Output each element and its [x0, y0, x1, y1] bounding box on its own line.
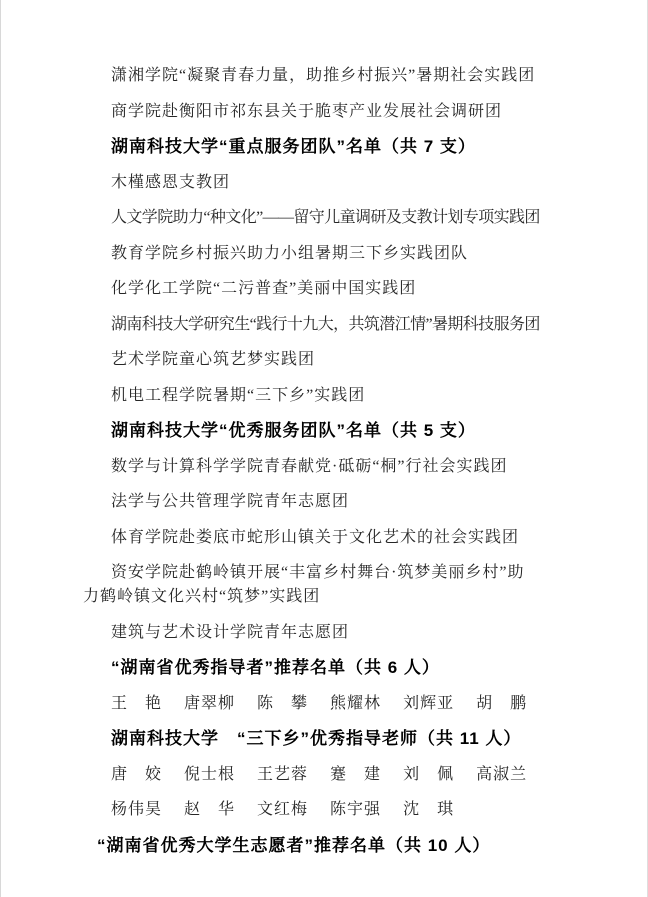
list-item: 资安学院赴鹤岭镇开展“丰富乡村舞台·筑梦美丽乡村”助 — [83, 561, 647, 585]
list-item: 建筑与艺术设计学院青年志愿团 — [83, 621, 647, 645]
section-heading-outstanding-advisors: “湖南省优秀指导者”推荐名单（共 6 人） — [83, 656, 647, 680]
person-name: 高淑兰 — [476, 763, 527, 787]
section-heading-excellent-service-teams: 湖南科技大学“优秀服务团队”名单（共 5 支） — [83, 419, 647, 443]
person-name: 杨伟昊 — [111, 798, 162, 822]
list-item: 数学与计算科学学院青春献党·砥砺“桐”行社会实践团 — [83, 455, 647, 479]
person-name: 沈 琪 — [403, 798, 454, 822]
person-name: 唐 姣 — [111, 763, 162, 787]
person-name: 王 艳 — [111, 692, 162, 716]
person-name: 陈宇强 — [330, 798, 381, 822]
section-heading-key-service-teams: 湖南科技大学“重点服务团队”名单（共 7 支） — [83, 135, 647, 159]
list-item: 人文学院助力“种文化”——留守儿童调研及支教计划专项实践团 — [83, 206, 647, 230]
list-item: 艺术学院童心筑艺梦实践团 — [83, 348, 647, 372]
list-item: 潇湘学院“凝聚青春力量，助推乡村振兴”暑期社会实践团 — [83, 64, 647, 88]
section-heading-outstanding-volunteers: “湖南省优秀大学生志愿者”推荐名单（共 10 人） — [83, 834, 647, 858]
person-name: 蹇 建 — [330, 763, 381, 787]
person-name: 赵 华 — [184, 798, 235, 822]
person-name: 唐翠柳 — [184, 692, 235, 716]
list-item: 机电工程学院暑期“三下乡”实践团 — [83, 384, 647, 408]
list-item: 湖南科技大学研究生“践行十九大，共筑潜江情”暑期科技服务团 — [83, 313, 647, 337]
list-item: 商学院赴衡阳市祁东县关于脆枣产业发展社会调研团 — [83, 100, 647, 124]
person-name: 刘辉亚 — [403, 692, 454, 716]
list-item: 法学与公共管理学院青年志愿团 — [83, 490, 647, 514]
list-item: 教育学院乡村振兴助力小组暑期三下乡实践团队 — [83, 242, 647, 266]
person-name: 倪士根 — [184, 763, 235, 787]
list-item: 体育学院赴娄底市蛇形山镇关于文化艺术的社会实践团 — [83, 526, 647, 550]
list-item-continuation: 力鹤岭镇文化兴村“筑梦”实践团 — [83, 585, 647, 609]
list-item: 木槿感恩支教团 — [83, 171, 647, 195]
name-row: 杨伟昊 赵 华 文红梅 陈宇强 沈 琪 — [83, 798, 647, 822]
person-name: 刘 佩 — [403, 763, 454, 787]
name-row: 王 艳 唐翠柳 陈 攀 熊耀林 刘辉亚 胡 鹏 — [83, 692, 647, 716]
section-heading-sanxiaxiang-advisors: 湖南科技大学 “三下乡”优秀指导老师（共 11 人） — [83, 727, 647, 751]
person-name: 王艺蓉 — [257, 763, 308, 787]
person-name: 陈 攀 — [257, 692, 308, 716]
list-item: 化学化工学院“二污普查”美丽中国实践团 — [83, 277, 647, 301]
person-name: 胡 鹏 — [476, 692, 527, 716]
person-name: 熊耀林 — [330, 692, 381, 716]
person-name: 文红梅 — [257, 798, 308, 822]
document-page: 潇湘学院“凝聚青春力量，助推乡村振兴”暑期社会实践团 商学院赴衡阳市祁东县关于脆… — [0, 0, 648, 897]
name-row: 唐 姣 倪士根 王艺蓉 蹇 建 刘 佩 高淑兰 — [83, 763, 647, 787]
